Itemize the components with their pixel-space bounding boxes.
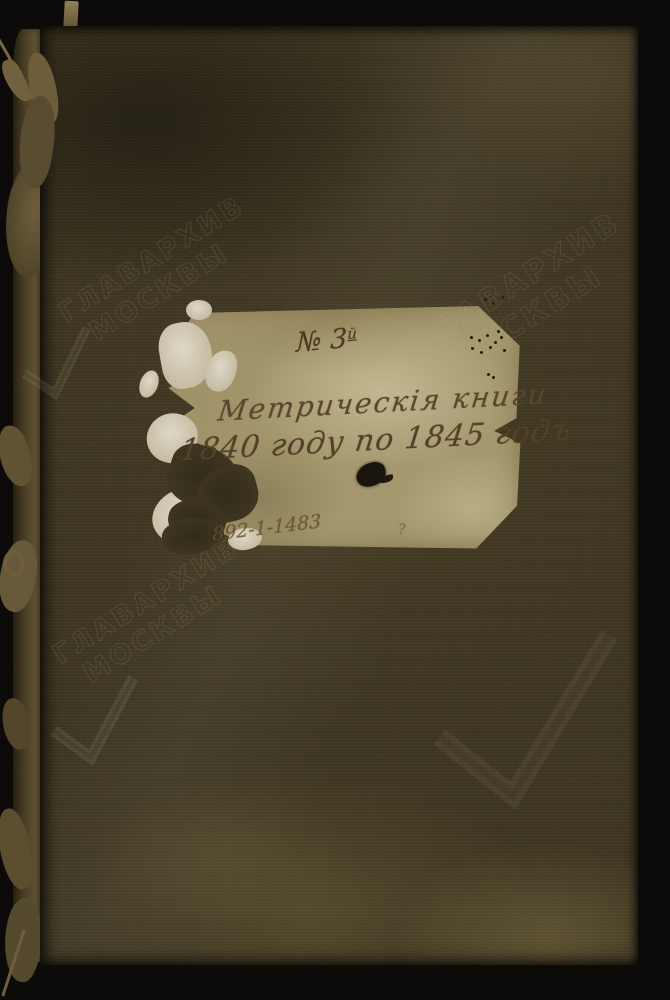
- label-number-line: № 3й: [296, 322, 357, 358]
- spine-thread-loop: [3, 550, 25, 576]
- watermark-check-icon-3: [399, 611, 656, 835]
- ink-specks-top-right: [470, 336, 473, 339]
- label-number-prefix: № 3: [296, 323, 348, 359]
- photo-scene: № 3й Метрическія книги 1840 году по 1845…: [0, 0, 670, 1000]
- label-number-suffix: й: [347, 324, 357, 343]
- torn-backing-patch-4: [186, 300, 212, 320]
- stray-mark: ?: [398, 522, 406, 538]
